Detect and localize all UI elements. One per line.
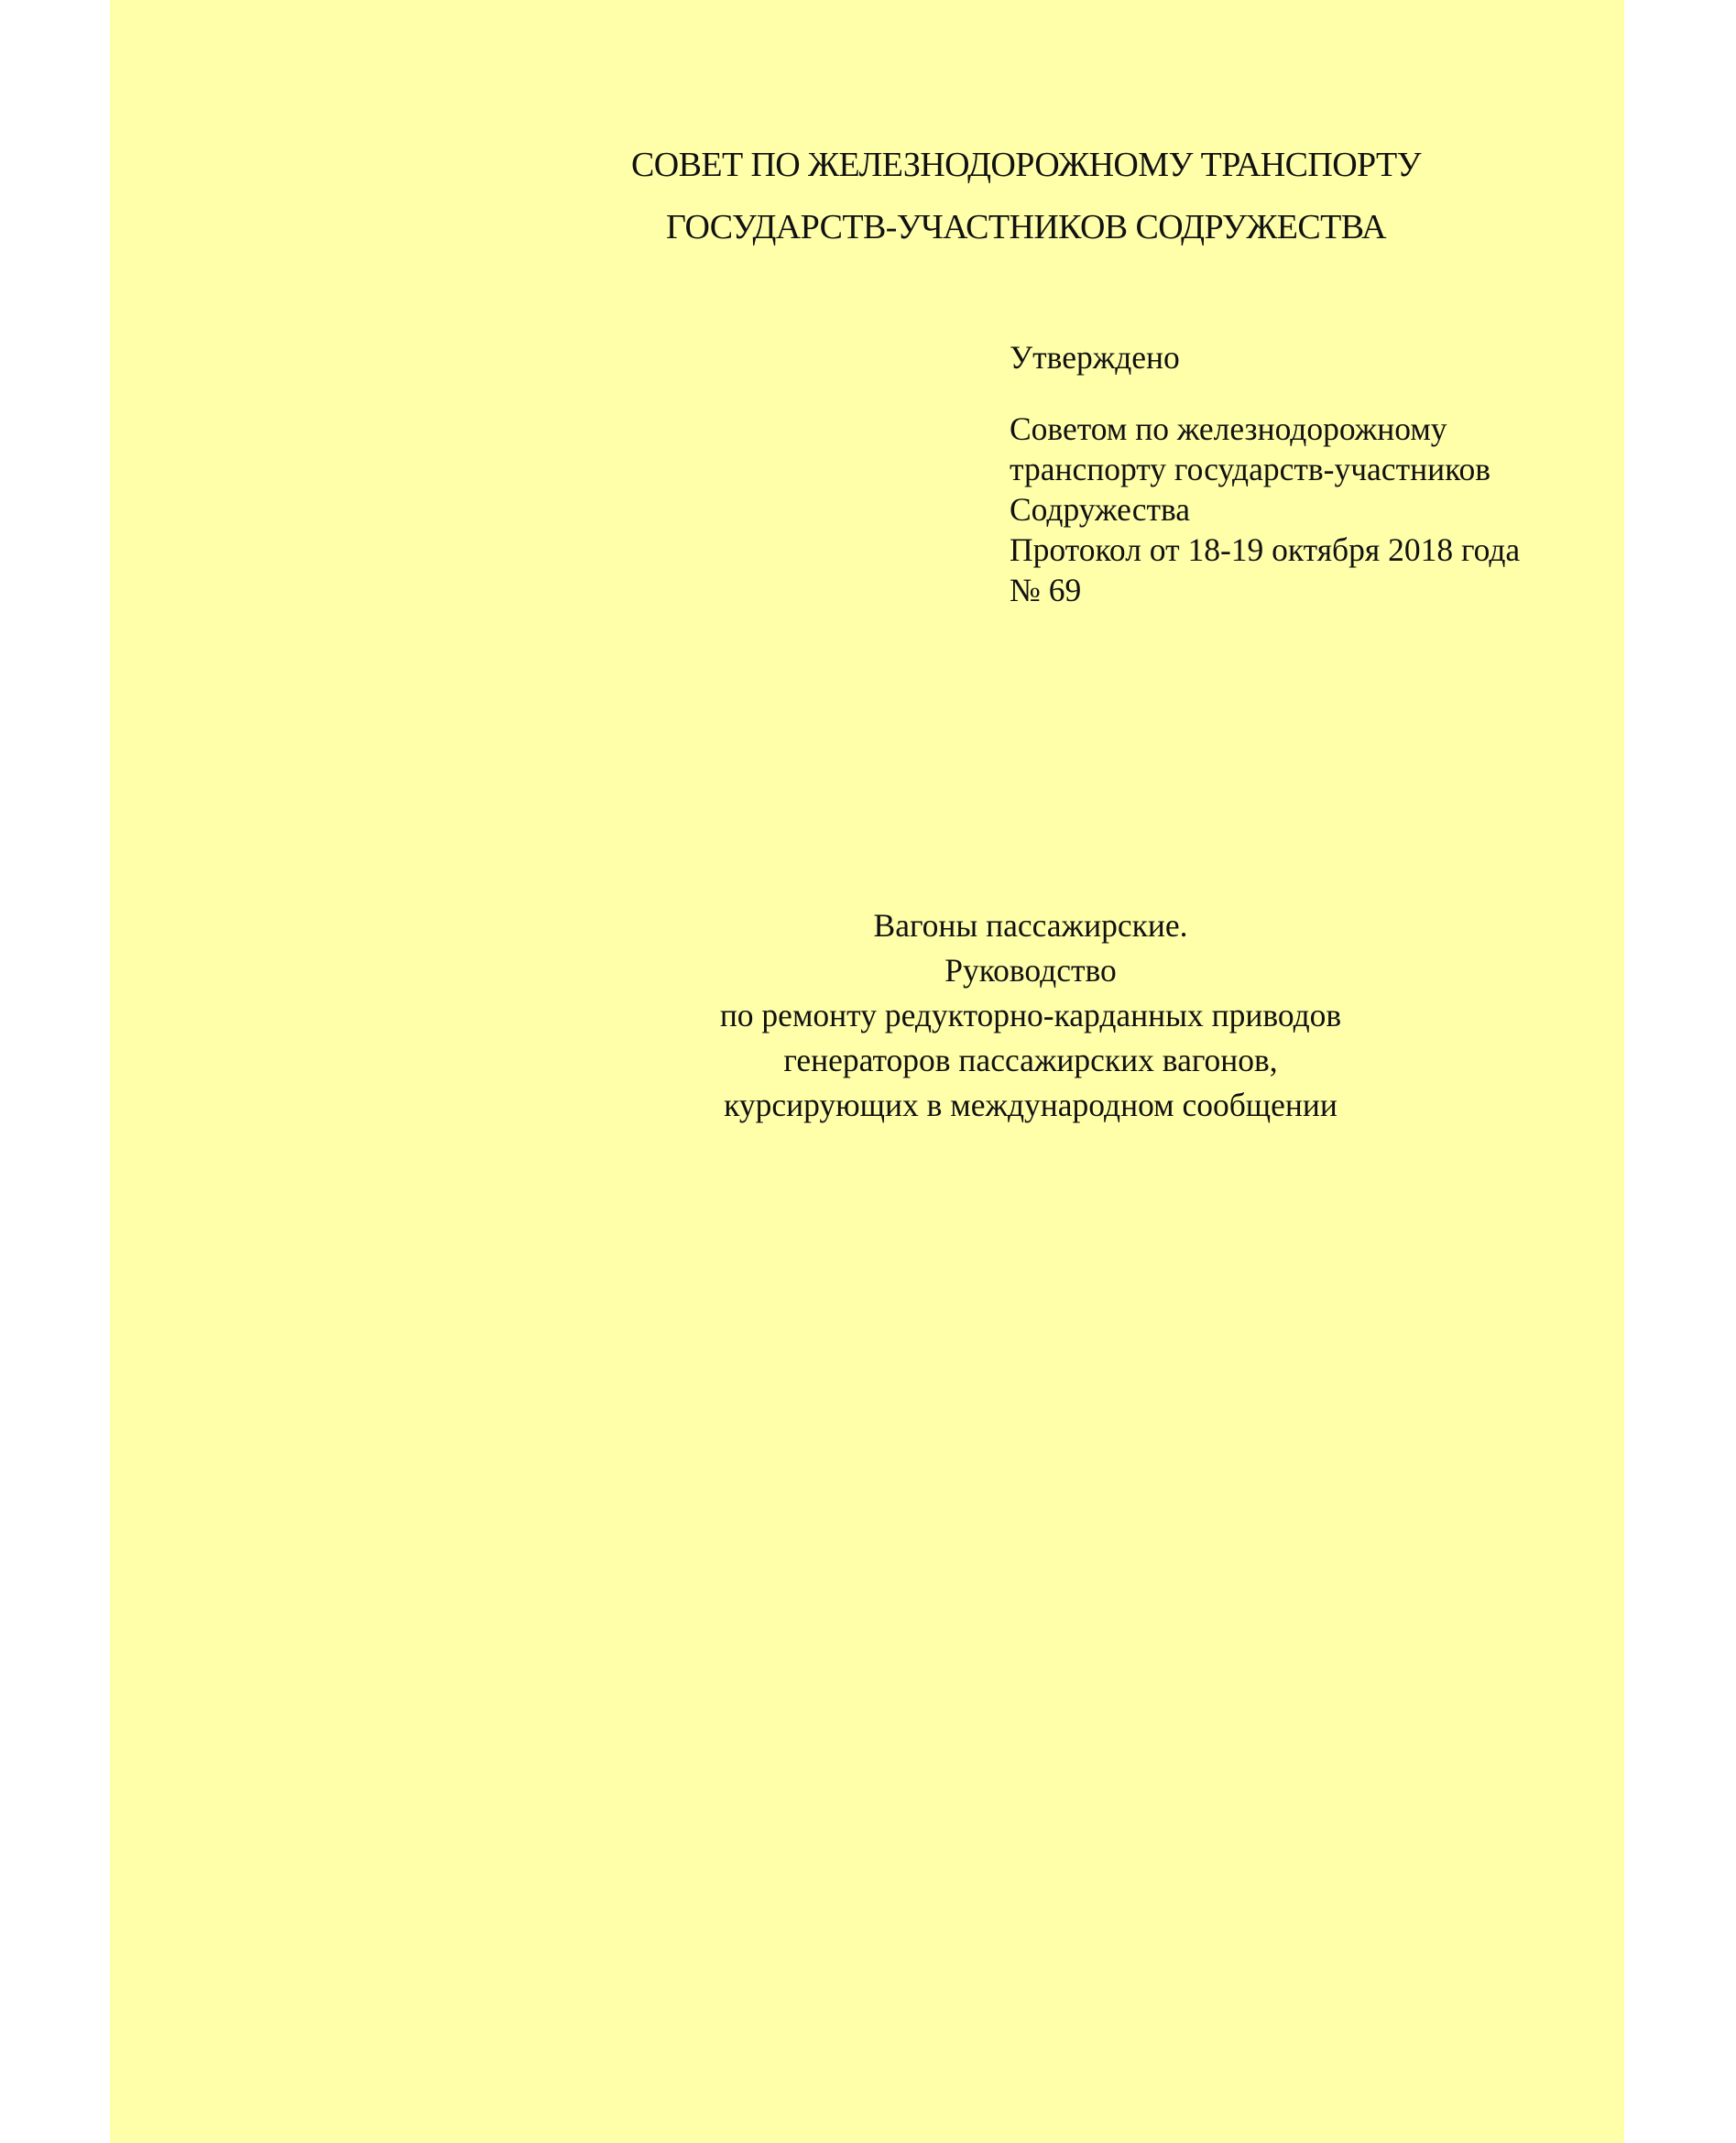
organization-header-line: СОВЕТ ПО ЖЕЛЕЗНОДОРОЖНОМУ ТРАНСПОРТУ [376, 134, 1676, 196]
approval-line: Содружества [1010, 489, 1520, 530]
title-line: курсирующих в международном сообщении [376, 1083, 1686, 1128]
approval-block: Утверждено Советом по железнодорожному т… [1010, 337, 1520, 610]
organization-header: СОВЕТ ПО ЖЕЛЕЗНОДОРОЖНОМУ ТРАНСПОРТУ ГОС… [376, 134, 1676, 258]
approved-label: Утверждено [1010, 337, 1520, 377]
document-page: СОВЕТ ПО ЖЕЛЕЗНОДОРОЖНОМУ ТРАНСПОРТУ ГОС… [110, 0, 1624, 2143]
organization-header-line: ГОСУДАРСТВ-УЧАСТНИКОВ СОДРУЖЕСТВА [376, 196, 1676, 258]
title-line: по ремонту редукторно-карданных приводов [376, 993, 1686, 1038]
protocol-line: Протокол от 18-19 октября 2018 года [1010, 530, 1520, 570]
protocol-number: № 69 [1010, 570, 1520, 610]
approval-line: транспорту государств-участников [1010, 449, 1520, 489]
document-title: Вагоны пассажирские. Руководство по ремо… [376, 903, 1686, 1128]
title-line: Руководство [376, 948, 1686, 993]
title-line: Вагоны пассажирские. [376, 903, 1686, 948]
title-line: генераторов пассажирских вагонов, [376, 1038, 1686, 1083]
approval-line: Советом по железнодорожному [1010, 409, 1520, 449]
